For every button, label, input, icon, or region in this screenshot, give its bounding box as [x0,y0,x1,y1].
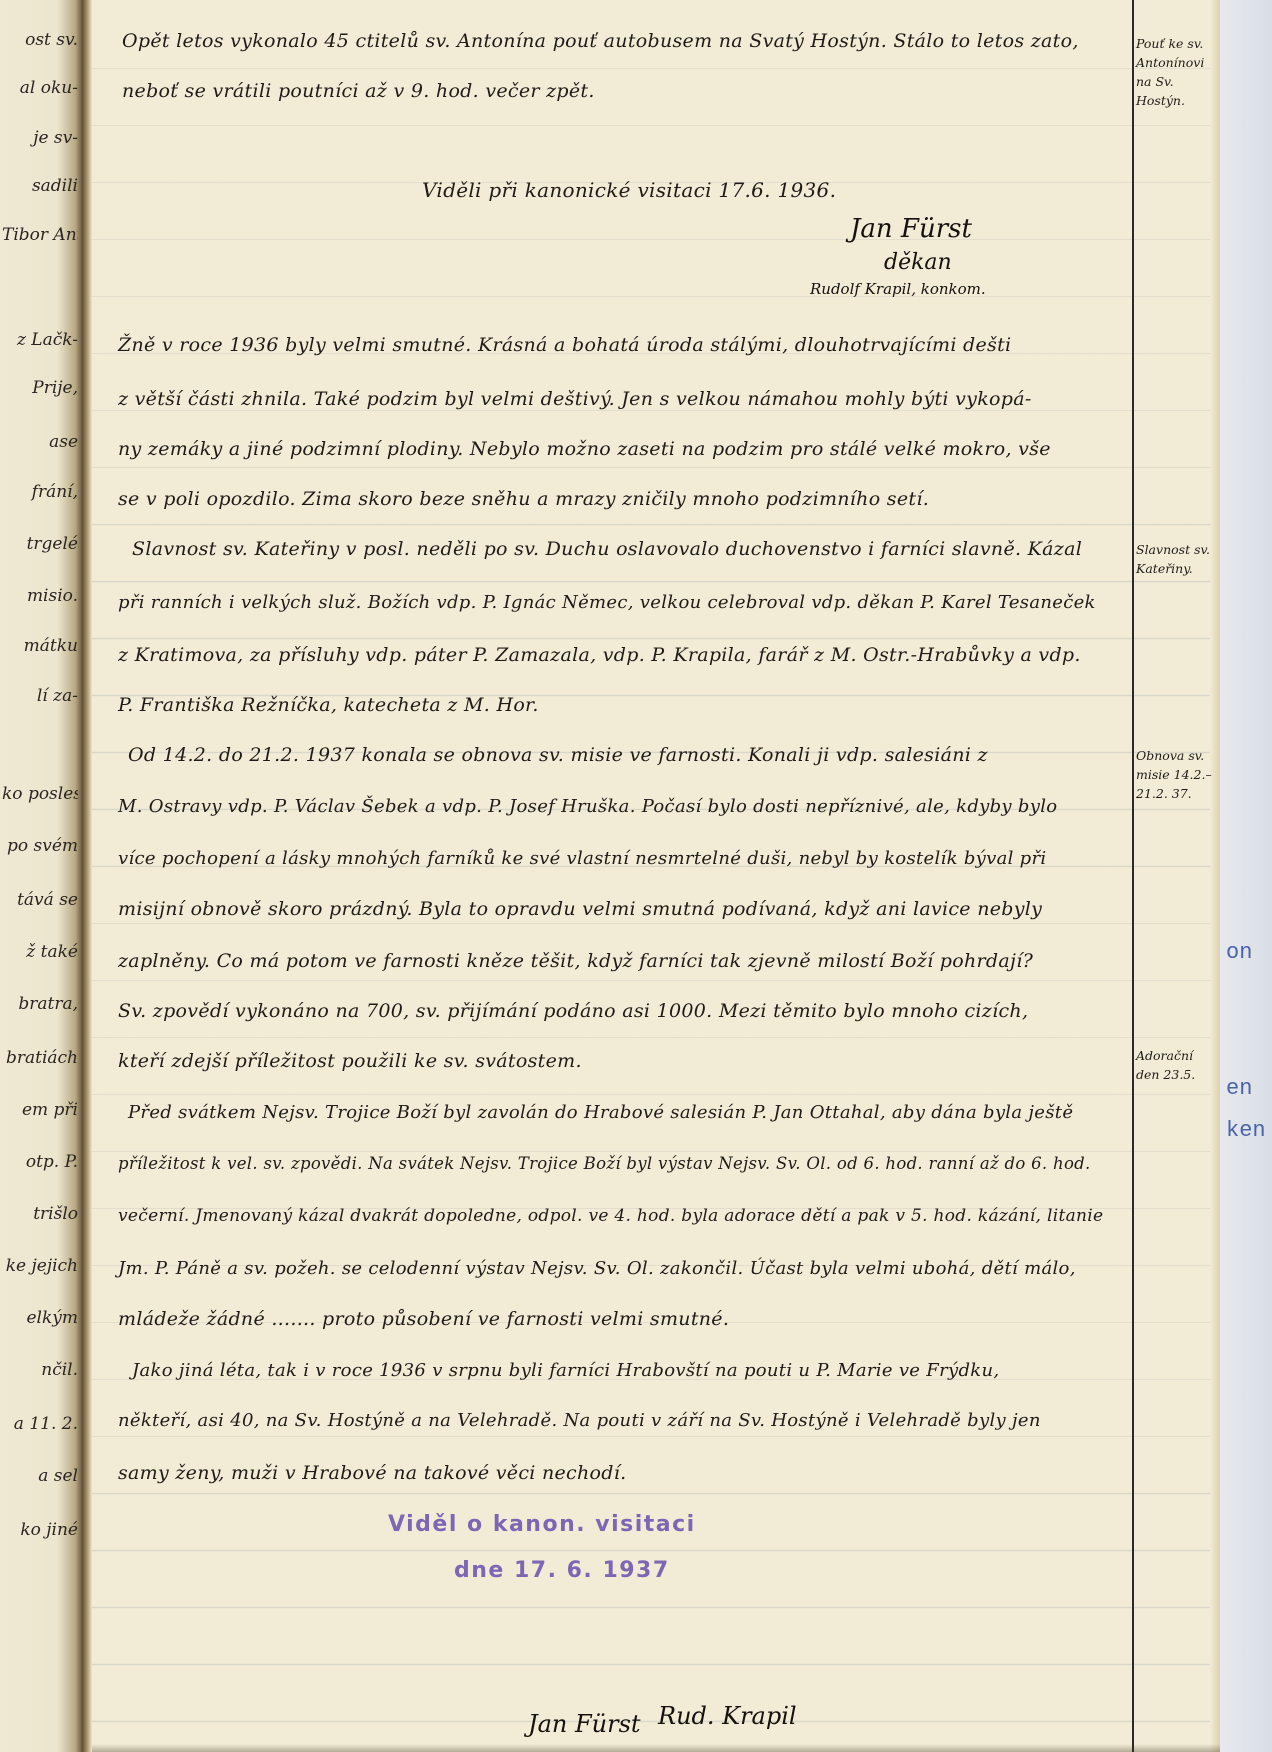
left-page-fragment: ko jiné [2,1520,78,1540]
text-line: při ranních i velkých služ. Božích vdp. … [118,592,1096,613]
left-page-fragment: a sel [2,1466,78,1486]
left-page-fragment: ko poslest [2,784,78,804]
margin-rule [1132,0,1134,1752]
typed-text-fragment: on [1226,940,1252,965]
margin-note: Pouť ke sv. Antonínovi na Sv. Hostýn. [1136,34,1218,110]
left-page-fragment: em při [2,1100,78,1120]
margin-note: Obnova sv. misie 14.2.–21.2. 37. [1136,746,1218,803]
text-line: misijní obnově skoro prázdný. Byla to op… [118,898,1042,920]
left-page-fragment: otp. P. [2,1152,78,1172]
left-page-fragment: a 11. 2. [2,1414,78,1434]
visitation-stamp-line1: Viděl o kanon. visitaci [388,1512,696,1537]
text-line: Slavnost sv. Kateřiny v posl. neděli po … [132,538,1082,560]
signature-bottom-krapil: Rud. Krapil [658,1702,797,1730]
text-line: se v poli opozdilo. Zima skoro beze sněh… [118,488,929,510]
left-page-fragment: elkým [2,1308,78,1328]
left-page-fragment: sadili [2,176,78,196]
left-page-fragment: z Lačk- [2,330,78,350]
text-line: večerní. Jmenovaný kázal dvakrát dopoled… [118,1206,1103,1226]
text-line: někteří, asi 40, na Sv. Hostýně a na Vel… [118,1410,1041,1431]
margin-note: Adorační den 23.5. [1136,1046,1218,1084]
left-page-fragment: bratra, [2,994,78,1014]
text-line: Sv. zpovědí vykonáno na 700, sv. přijímá… [118,1000,1028,1022]
text-line: Od 14.2. do 21.2. 1937 konala se obnova … [128,744,988,766]
text-line: z větší části zhnila. Také podzim byl ve… [118,388,1032,410]
left-page-fragment: Prije, [2,378,78,398]
background-document: on en ken [1220,0,1272,1752]
text-line: více pochopení a lásky mnohých farníků k… [118,848,1046,869]
left-page-fragment: ost sv. [2,30,78,50]
text-line: neboť se vrátili poutníci až v 9. hod. v… [122,80,595,102]
typed-text-fragment: en [1226,1076,1252,1101]
text-line: Opět letos vykonalo 45 ctitelů sv. Anton… [122,30,1079,52]
left-page-fragment: nčil. [2,1360,78,1380]
left-page-fragment: al oku- [2,78,78,98]
text-line: Před svátkem Nejsv. Trojice Boží byl zav… [128,1102,1073,1123]
left-page-fragment: ž také [2,942,78,962]
text-line: P. Františka Režníčka, katecheta z M. Ho… [118,694,539,716]
left-page-fragment: po svém [2,836,78,856]
book-gutter [82,0,92,1752]
visitation-stamp-line2: dne 17. 6. 1937 [454,1558,670,1583]
typed-text-fragment: ken [1226,1118,1266,1143]
margin-note: Slavnost sv. Kateřiny. [1136,540,1218,578]
text-line: Jm. P. Páně a sv. požeh. se celodenní vý… [118,1258,1076,1279]
left-page-fragment: ase [2,432,78,452]
text-line: M. Ostravy vdp. P. Václav Šebek a vdp. P… [118,796,1057,817]
signature-bottom-jan-furst: Jan Fürst [528,1710,641,1738]
left-page-fragment: tává se [2,890,78,910]
page-edge [1210,0,1220,1752]
text-line: Jako jiná léta, tak i v roce 1936 v srpn… [132,1360,999,1381]
left-page-edge: ost sv. al oku- je sv- sadili Tibor Ant,… [0,0,82,1752]
left-page-fragment: bratiách [2,1048,78,1068]
left-page-fragment: trišlo [2,1204,78,1224]
text-line: z Kratimova, za přísluhy vdp. páter P. Z… [118,644,1081,666]
text-line: zaplněny. Co má potom ve farnosti kněze … [118,950,1033,972]
left-page-fragment: trgelé [2,534,78,554]
text-line: samy ženy, muži v Hrabové na takové věci… [118,1462,626,1484]
left-page-fragment: mátku [2,636,78,656]
left-page-fragment: je sv- [2,128,78,148]
text-line: mládeže žádné ....... proto působení ve … [118,1308,729,1330]
left-page-fragment: misio. [2,586,78,606]
signature-title-dekan: děkan [884,250,952,275]
left-page-fragment: lí za- [2,686,78,706]
visitation-note: Viděli při kanonické visitaci 17.6. 1936… [422,178,836,202]
text-line: kteří zdejší příležitost použili ke sv. … [118,1050,582,1072]
text-line: příležitost k vel. sv. zpovědi. Na sváte… [118,1154,1091,1173]
left-page-fragment: ke jejich [2,1256,78,1276]
left-page-fragment: Tibor Ant, [2,225,78,245]
chronicle-page: Opět letos vykonalo 45 ctitelů sv. Anton… [92,0,1220,1752]
text-line: ny zemáky a jiné podzimní plodiny. Nebyl… [118,438,1051,460]
left-page-fragment: frání, [2,482,78,502]
signature-jan-furst: Jan Fürst [850,214,972,244]
page-bottom-shadow [92,1744,1220,1752]
signature-rudolf-krapil: Rudolf Krapil, konkom. [810,280,986,298]
text-line: Žně v roce 1936 byly velmi smutné. Krásn… [118,334,1011,356]
